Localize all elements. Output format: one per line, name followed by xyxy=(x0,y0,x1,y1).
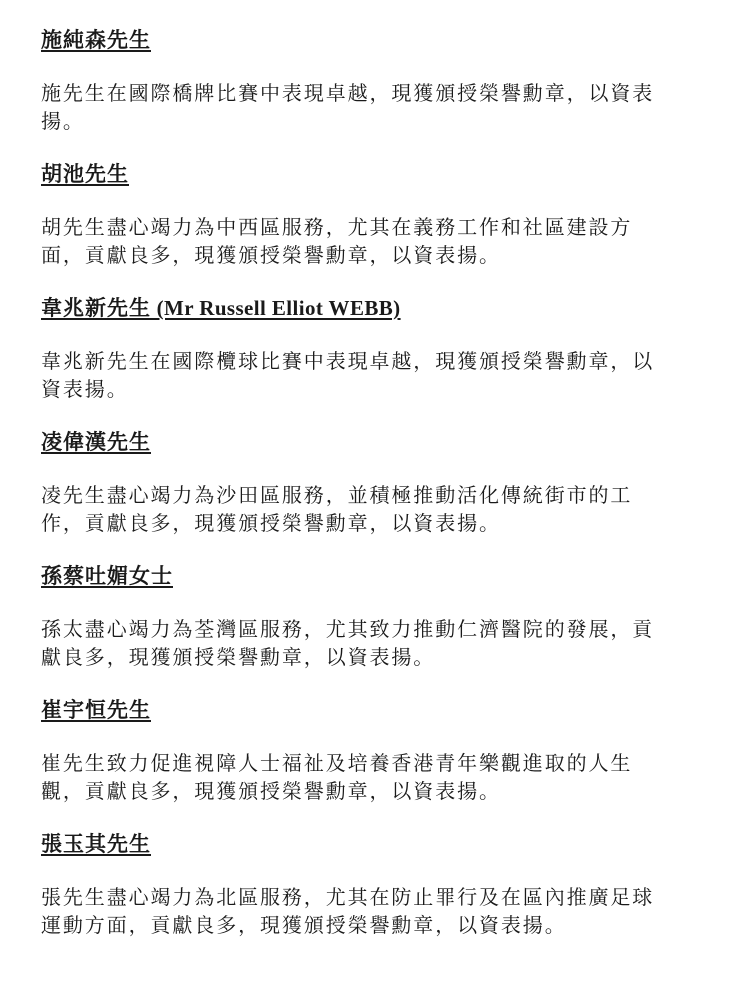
document-page: 施純森先生 施先生在國際橋牌比賽中表現卓越，現獲頒授榮譽勳章，以資表 揚。 胡池… xyxy=(41,27,711,965)
honoree-english-name: (Mr Russell Elliot WEBB) xyxy=(151,296,401,320)
citation-line: 運動方面，貢獻良多，現獲頒授榮譽勳章，以資表揚。 xyxy=(41,911,703,939)
honoree-name-heading: 韋兆新先生 (Mr Russell Elliot WEBB) xyxy=(41,295,401,321)
honoree-entry: 韋兆新先生 (Mr Russell Elliot WEBB) 韋兆新先生在國際欖… xyxy=(41,295,711,405)
citation-line: 面，貢獻良多，現獲頒授榮譽勳章，以資表揚。 xyxy=(41,241,703,269)
honoree-name-heading: 崔宇恒先生 xyxy=(41,697,151,723)
citation-line: 施先生在國際橋牌比賽中表現卓越，現獲頒授榮譽勳章，以資表 xyxy=(41,79,703,107)
citation-line: 揚。 xyxy=(41,107,703,135)
honoree-entry: 孫蔡吐媚女士 孫太盡心竭力為荃灣區服務，尤其致力推動仁濟醫院的發展，貢 獻良多，… xyxy=(41,563,711,673)
honoree-name-heading: 孫蔡吐媚女士 xyxy=(41,563,173,589)
honoree-name: 施純森先生 xyxy=(41,28,151,52)
citation-line: 資表揚。 xyxy=(41,375,703,403)
citation-text: 施先生在國際橋牌比賽中表現卓越，現獲頒授榮譽勳章，以資表 揚。 xyxy=(41,79,703,135)
honoree-entry: 胡池先生 胡先生盡心竭力為中西區服務，尤其在義務工作和社區建設方 面，貢獻良多，… xyxy=(41,161,711,271)
citation-line: 崔先生致力促進視障人士福祉及培養香港青年樂觀進取的人生 xyxy=(41,749,703,777)
honoree-name-heading: 胡池先生 xyxy=(41,161,129,187)
honoree-entry: 張玉其先生 張先生盡心竭力為北區服務，尤其在防止罪行及在區內推廣足球 運動方面，… xyxy=(41,831,711,941)
honoree-entry: 施純森先生 施先生在國際橋牌比賽中表現卓越，現獲頒授榮譽勳章，以資表 揚。 xyxy=(41,27,711,137)
citation-line: 觀，貢獻良多，現獲頒授榮譽勳章，以資表揚。 xyxy=(41,777,703,805)
citation-text: 胡先生盡心竭力為中西區服務，尤其在義務工作和社區建設方 面，貢獻良多，現獲頒授榮… xyxy=(41,213,703,269)
honoree-name-heading: 施純森先生 xyxy=(41,27,151,53)
citation-text: 凌先生盡心竭力為沙田區服務，並積極推動活化傳統街市的工 作，貢獻良多，現獲頒授榮… xyxy=(41,481,703,537)
honoree-name: 韋兆新先生 xyxy=(41,296,151,320)
citation-line: 作，貢獻良多，現獲頒授榮譽勳章，以資表揚。 xyxy=(41,509,703,537)
honoree-name: 胡池先生 xyxy=(41,162,129,186)
honoree-name: 孫蔡吐媚女士 xyxy=(41,564,173,588)
honoree-name-heading: 張玉其先生 xyxy=(41,831,151,857)
citation-line: 獻良多，現獲頒授榮譽勳章，以資表揚。 xyxy=(41,643,703,671)
honoree-entry: 凌偉漢先生 凌先生盡心竭力為沙田區服務，並積極推動活化傳統街市的工 作，貢獻良多… xyxy=(41,429,711,539)
honoree-name: 張玉其先生 xyxy=(41,832,151,856)
citation-line: 孫太盡心竭力為荃灣區服務，尤其致力推動仁濟醫院的發展，貢 xyxy=(41,615,703,643)
citation-text: 張先生盡心竭力為北區服務，尤其在防止罪行及在區內推廣足球 運動方面，貢獻良多，現… xyxy=(41,883,703,939)
citation-text: 崔先生致力促進視障人士福祉及培養香港青年樂觀進取的人生 觀，貢獻良多，現獲頒授榮… xyxy=(41,749,703,805)
honoree-entry: 崔宇恒先生 崔先生致力促進視障人士福祉及培養香港青年樂觀進取的人生 觀，貢獻良多… xyxy=(41,697,711,807)
citation-line: 凌先生盡心竭力為沙田區服務，並積極推動活化傳統街市的工 xyxy=(41,481,703,509)
citation-line: 韋兆新先生在國際欖球比賽中表現卓越，現獲頒授榮譽勳章，以 xyxy=(41,347,703,375)
citation-text: 韋兆新先生在國際欖球比賽中表現卓越，現獲頒授榮譽勳章，以 資表揚。 xyxy=(41,347,703,403)
citation-line: 張先生盡心竭力為北區服務，尤其在防止罪行及在區內推廣足球 xyxy=(41,883,703,911)
honoree-name-heading: 凌偉漢先生 xyxy=(41,429,151,455)
honoree-name: 崔宇恒先生 xyxy=(41,698,151,722)
citation-text: 孫太盡心竭力為荃灣區服務，尤其致力推動仁濟醫院的發展，貢 獻良多，現獲頒授榮譽勳… xyxy=(41,615,703,671)
honoree-name: 凌偉漢先生 xyxy=(41,430,151,454)
citation-line: 胡先生盡心竭力為中西區服務，尤其在義務工作和社區建設方 xyxy=(41,213,703,241)
